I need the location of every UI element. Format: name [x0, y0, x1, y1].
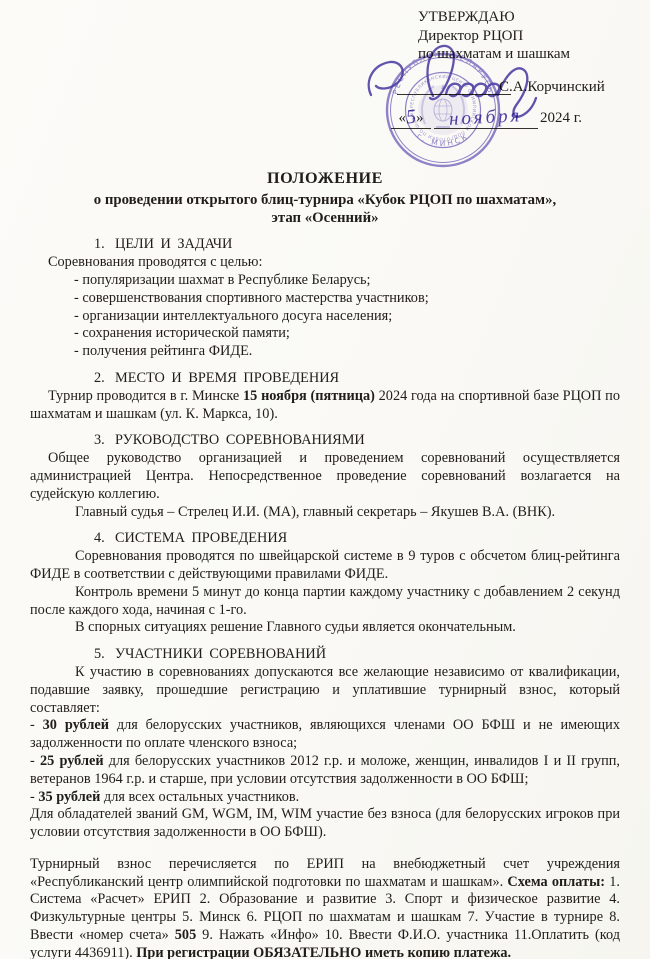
paragraph: Главный судья – Стрелец И.И. (МА), главн… — [30, 504, 620, 522]
paragraph: Соревнования проводятся по швейцарской с… — [30, 548, 620, 584]
text-run: - получения рейтинга ФИДЕ. — [74, 343, 252, 359]
document-subtitle: о проведении открытого блиц-турнира «Куб… — [30, 192, 620, 228]
text-run: - — [30, 717, 43, 733]
section-body: Соревнования проводятся по швейцарской с… — [30, 548, 620, 637]
section-number: 5. — [94, 646, 115, 664]
paragraph: - 30 рублей для белорусских участников, … — [30, 717, 620, 753]
document-body: ПОЛОЖЕНИЕ о проведении открытого блиц-ту… — [0, 0, 650, 959]
paragraph: - 25 рублей для белорусских участников 2… — [30, 753, 620, 789]
section-heading: 3.РУКОВОДСТВО СОРЕВНОВАНИЯМИ — [94, 432, 620, 450]
text-run: для белорусских участников 2012 г.р. и м… — [30, 753, 620, 787]
bold-text-run: При регистрации ОБЯЗАТЕЛЬНО иметь копию … — [136, 945, 511, 959]
document-page: УТВЕРЖДАЮ Директор РЦОП по шахматам и ша… — [0, 0, 650, 959]
paragraph: Для обладателей званий GM, WGM, IM, WIM … — [30, 806, 620, 842]
section-heading-text: ЦЕЛИ И ЗАДАЧИ — [115, 236, 232, 252]
text-run: - организации интеллектуального досуга н… — [74, 308, 392, 324]
paragraph: Турнирный взнос перечисляется по ЕРИП на… — [30, 856, 620, 959]
paragraph: К участию в соревнованиях допускаются вс… — [30, 664, 620, 717]
text-run: - совершенствования спортивного мастерст… — [74, 290, 429, 306]
section-heading: 5.УЧАСТНИКИ СОРЕВНОВАНИЙ — [94, 646, 620, 664]
paragraph: Турнир проводится в г. Минске 15 ноября … — [30, 388, 620, 424]
payment-paragraph: Турнирный взнос перечисляется по ЕРИП на… — [30, 856, 620, 959]
text-run: - популяризации шахмат в Республике Бела… — [74, 272, 371, 288]
bold-text-run: 30 рублей — [43, 717, 109, 733]
paragraph: - 35 рублей для всех остальных участнико… — [30, 789, 620, 807]
text-run: Соревнования проводятся по швейцарской с… — [30, 548, 620, 582]
bold-text-run: 15 ноября (пятница) — [243, 388, 375, 404]
paragraph: - совершенствования спортивного мастерст… — [74, 290, 620, 308]
text-run: для всех остальных участников. — [100, 789, 299, 805]
section-heading-text: РУКОВОДСТВО СОРЕВНОВАНИЯМИ — [115, 432, 365, 448]
text-run: Контроль времени 5 минут до конца партии… — [30, 584, 620, 618]
text-run: - — [30, 753, 40, 769]
paragraph: В спорных ситуациях решение Главного суд… — [30, 619, 620, 637]
paragraph: Контроль времени 5 минут до конца партии… — [30, 584, 620, 620]
paragraph: - организации интеллектуального досуга н… — [74, 308, 620, 326]
bold-text-run: Схема оплаты: — [507, 874, 605, 890]
subtitle-line-1: о проведении открытого блиц-турнира «Куб… — [30, 192, 620, 210]
section-heading: 4.СИСТЕМА ПРОВЕДЕНИЯ — [94, 530, 620, 548]
section-participants: 5.УЧАСТНИКИ СОРЕВНОВАНИЙ К участию в сор… — [30, 646, 620, 842]
text-run: для белорусских участников, являющихся ч… — [30, 717, 620, 751]
bold-text-run: 25 рублей — [40, 753, 104, 769]
text-run: Соревнования проводятся с целью: — [48, 254, 262, 270]
paragraph: - получения рейтинга ФИДЕ. — [74, 343, 620, 361]
section-number: 1. — [94, 236, 115, 254]
section-heading-text: СИСТЕМА ПРОВЕДЕНИЯ — [115, 530, 287, 546]
bold-text-run: 35 рублей — [38, 789, 100, 805]
section-goals: 1.ЦЕЛИ И ЗАДАЧИ Соревнования проводятся … — [30, 236, 620, 361]
section-body: Соревнования проводятся с целью:- популя… — [30, 254, 620, 361]
section-management: 3.РУКОВОДСТВО СОРЕВНОВАНИЯМИ Общее руков… — [30, 432, 620, 521]
bold-text-run: 505 — [175, 927, 196, 943]
text-run: Для обладателей званий GM, WGM, IM, WIM … — [30, 806, 620, 840]
text-run: Главный судья – Стрелец И.И. (МА), главн… — [75, 504, 555, 520]
section-body: К участию в соревнованиях допускаются вс… — [30, 664, 620, 842]
section-body: Турнир проводится в г. Минске 15 ноября … — [30, 388, 620, 424]
document-title: ПОЛОЖЕНИЕ — [30, 170, 620, 188]
section-number: 4. — [94, 530, 115, 548]
paragraph: Общее руководство организацией и проведе… — [30, 450, 620, 503]
section-heading: 1.ЦЕЛИ И ЗАДАЧИ — [94, 236, 620, 254]
text-run: Общее руководство организацией и проведе… — [30, 450, 620, 502]
section-heading-text: МЕСТО И ВРЕМЯ ПРОВЕДЕНИЯ — [115, 370, 339, 386]
text-run: Турнир проводится в г. Минске — [48, 388, 243, 404]
paragraph: Соревнования проводятся с целью: — [30, 254, 620, 272]
text-run: В спорных ситуациях решение Главного суд… — [75, 619, 516, 635]
section-heading: 2.МЕСТО И ВРЕМЯ ПРОВЕДЕНИЯ — [94, 370, 620, 388]
text-run: К участию в соревнованиях допускаются вс… — [30, 664, 620, 716]
subtitle-line-2: этап «Осенний» — [30, 210, 620, 228]
section-number: 2. — [94, 370, 115, 388]
section-heading-text: УЧАСТНИКИ СОРЕВНОВАНИЙ — [115, 646, 326, 662]
section-place-time: 2.МЕСТО И ВРЕМЯ ПРОВЕДЕНИЯ Турнир провод… — [30, 370, 620, 423]
section-body: Общее руководство организацией и проведе… — [30, 450, 620, 521]
section-system: 4.СИСТЕМА ПРОВЕДЕНИЯ Соревнования провод… — [30, 530, 620, 637]
paragraph: - сохранения исторической памяти; — [74, 325, 620, 343]
section-number: 3. — [94, 432, 115, 450]
text-run: - сохранения исторической памяти; — [74, 325, 290, 341]
paragraph: - популяризации шахмат в Республике Бела… — [74, 272, 620, 290]
